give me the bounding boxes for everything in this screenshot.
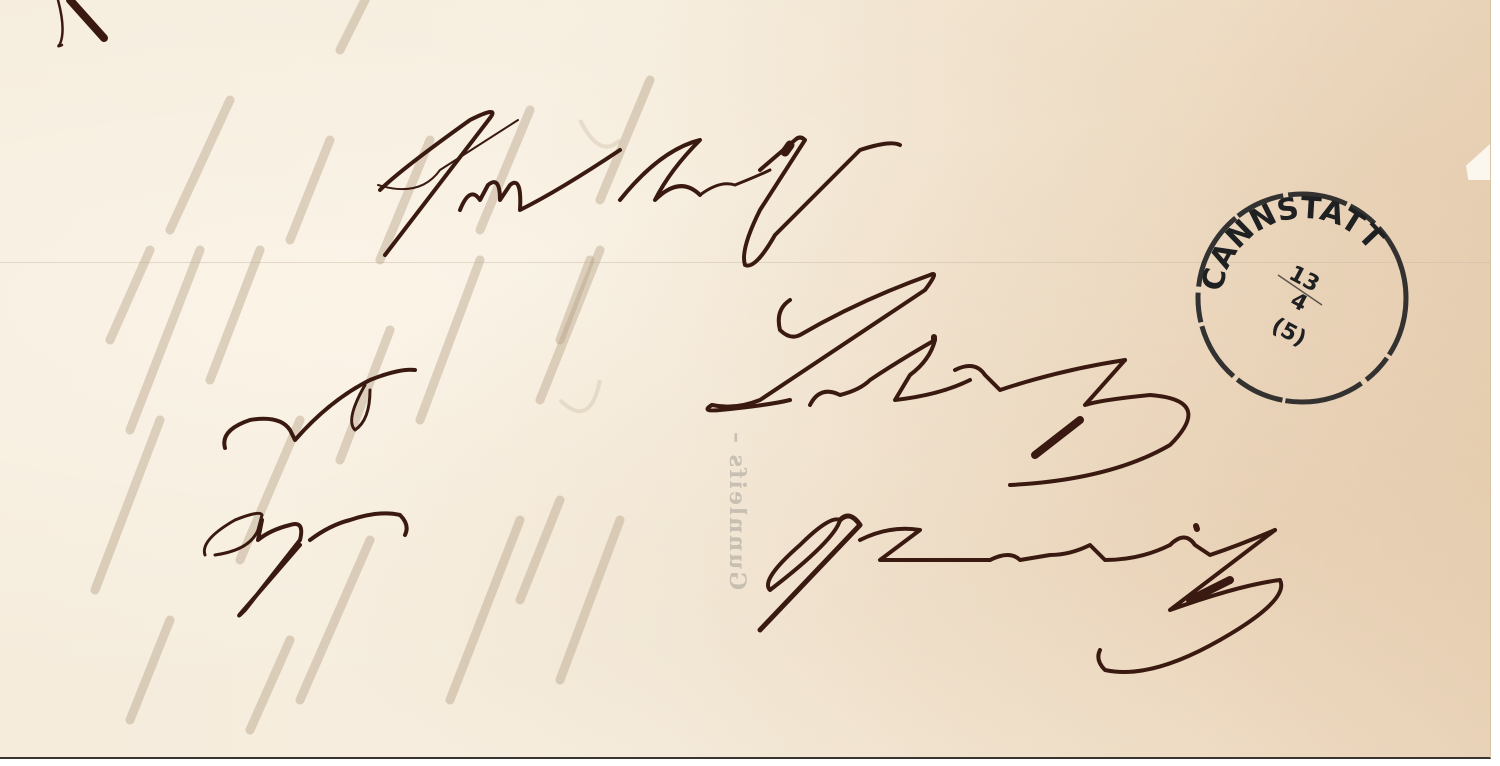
postmark-cannstatt: CANNSTATT 13 4 (5) [0,0,1500,766]
postmark-hour: (5) [1267,313,1310,352]
postmark-month: 4 [1286,288,1311,317]
